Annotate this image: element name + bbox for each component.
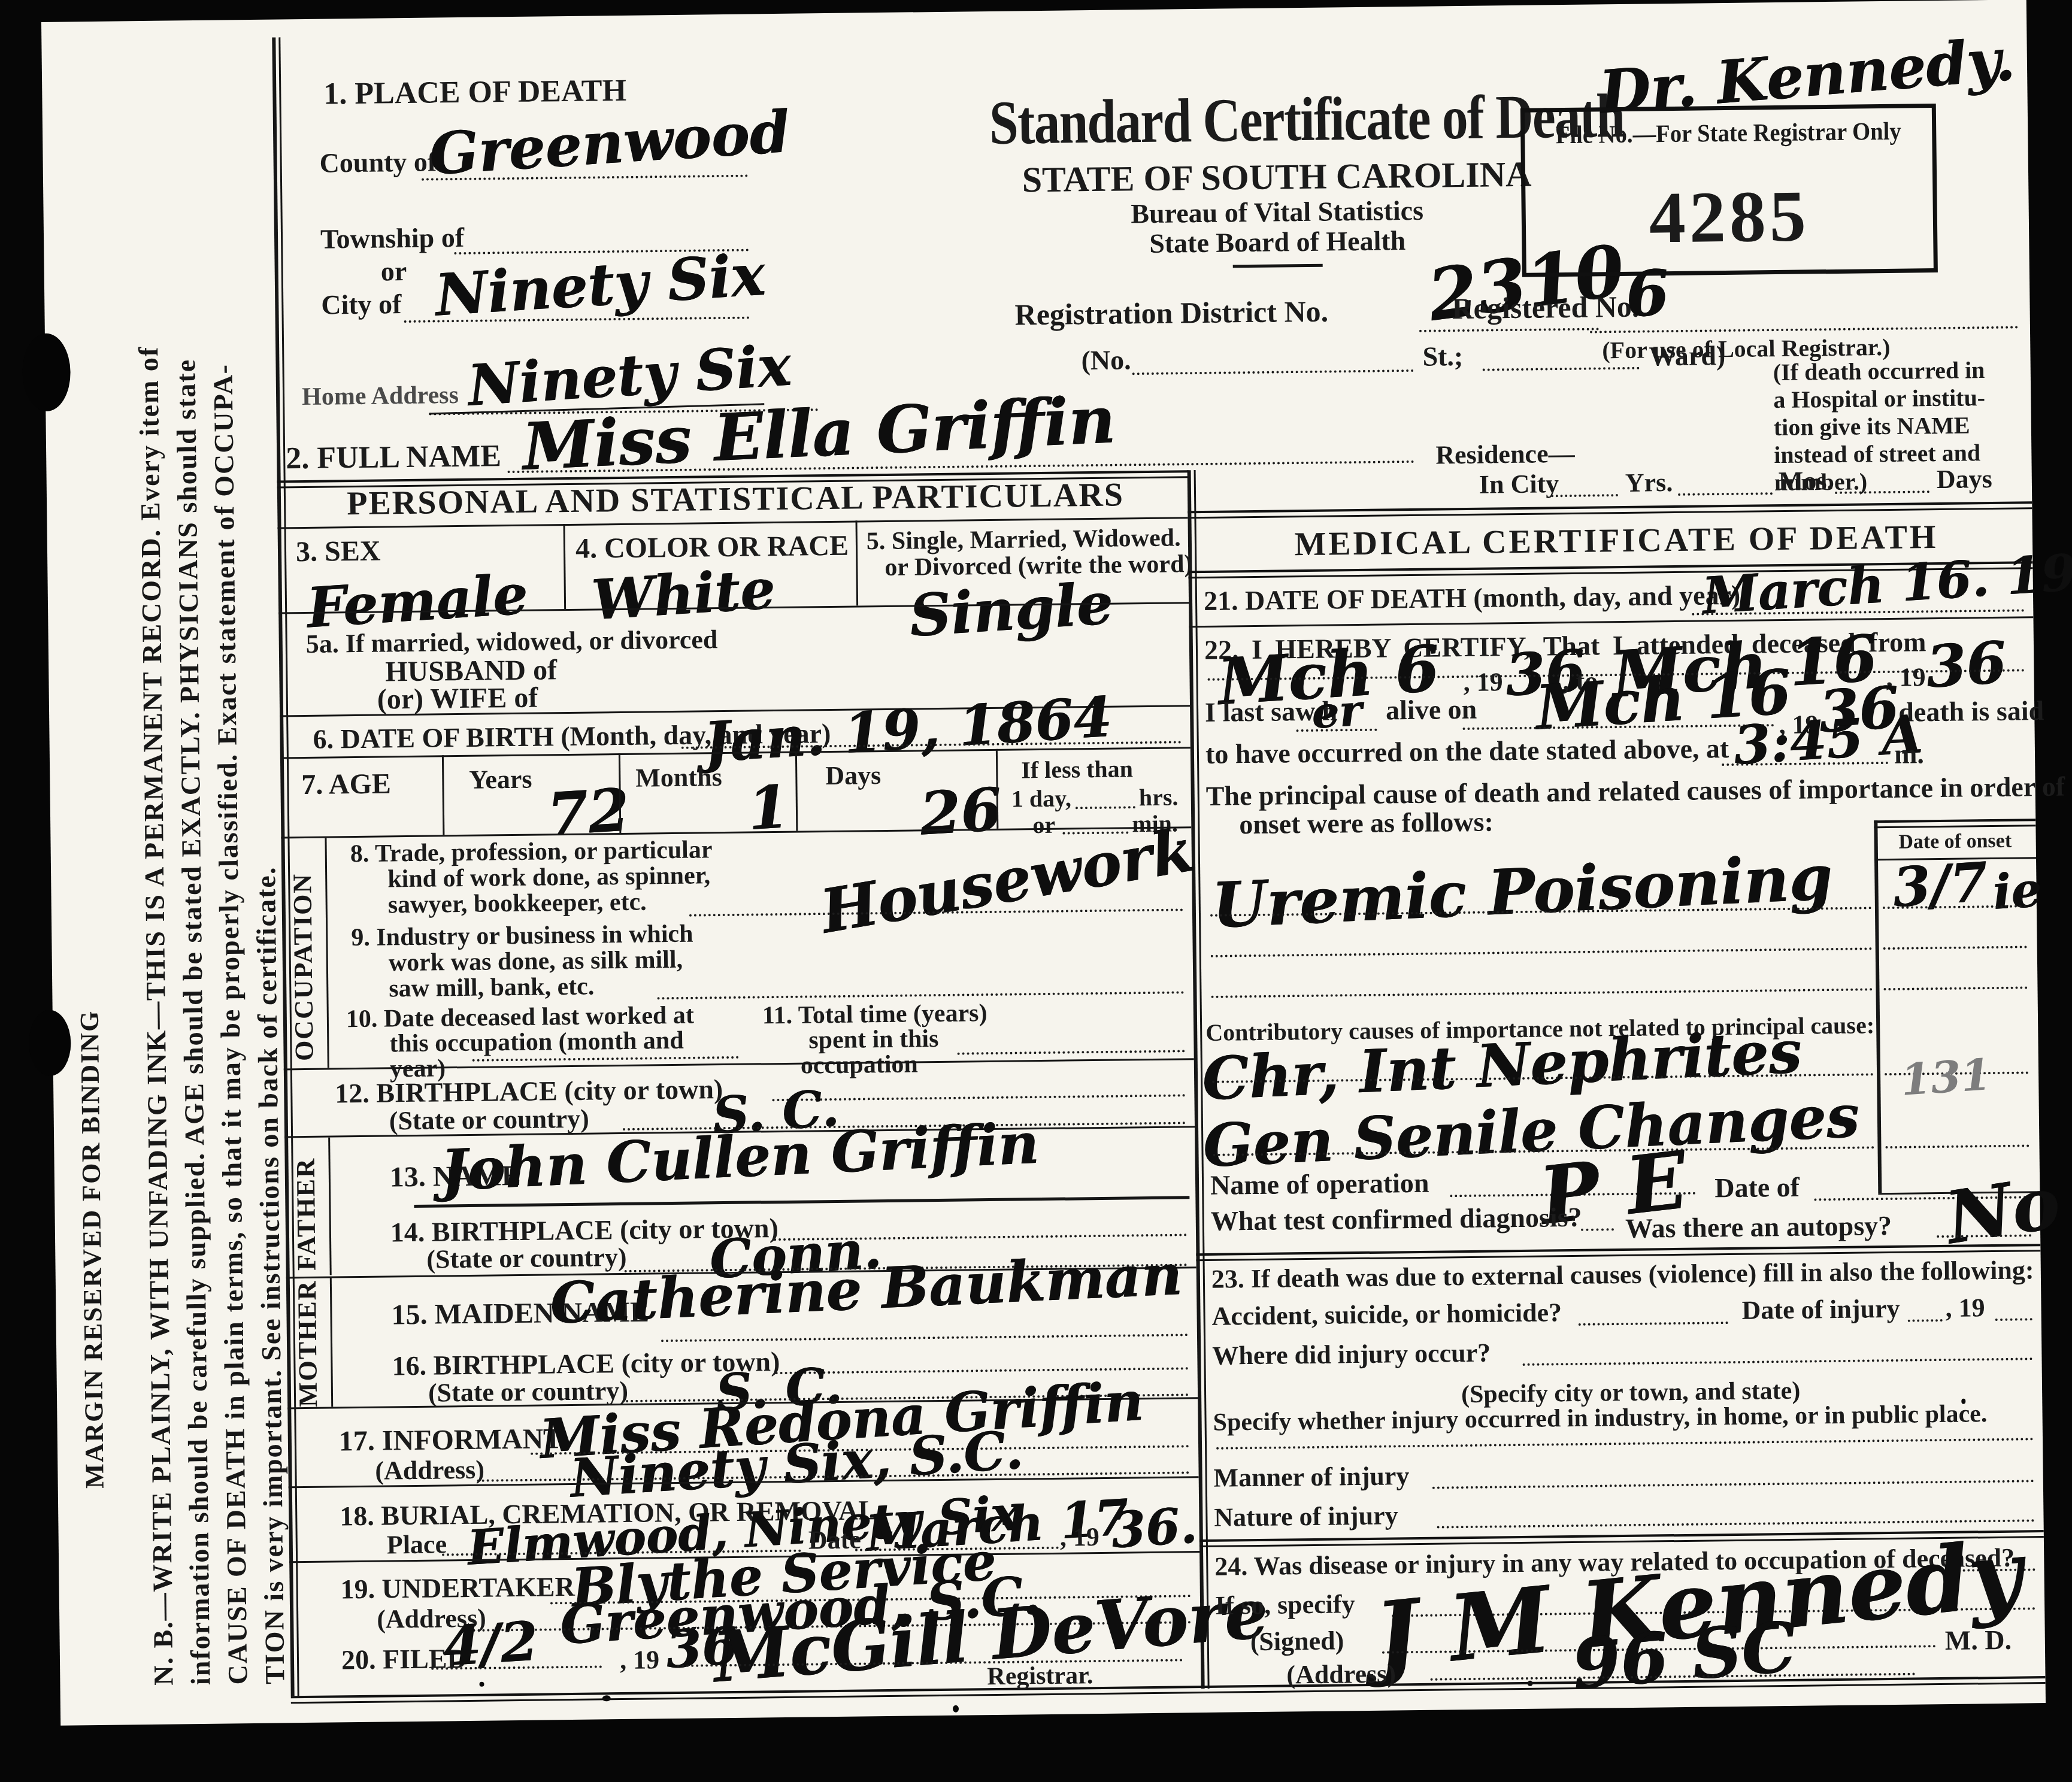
item21-label: 21. DATE OF DEATH (month, day, and year) bbox=[1204, 581, 1741, 615]
right-column-top-border bbox=[1188, 501, 2032, 519]
test-line bbox=[1581, 1228, 1614, 1231]
hospital-note-3: tion give its NAME bbox=[1774, 413, 1970, 440]
certificate-title: Standard Certificate of Death bbox=[989, 86, 1564, 154]
age-months-label: Months bbox=[635, 764, 722, 792]
no-line bbox=[1132, 369, 1414, 375]
city-value: Ninety Six bbox=[434, 246, 767, 325]
occupation-vertical-label: OCCUPATION bbox=[289, 848, 318, 1061]
autopsy-value: No bbox=[1941, 1166, 2065, 1254]
residence-label: Residence— bbox=[1435, 441, 1575, 469]
occupation-rule bbox=[325, 838, 329, 1068]
margin-nb-line1: N. B.—WRITE PLAINLY, WITH UNFADING INK—T… bbox=[132, 75, 178, 1686]
item18-place-label: Place bbox=[387, 1531, 447, 1558]
registered-no-value: 6 bbox=[1623, 261, 1671, 326]
sig-address-value: 96 SC bbox=[1570, 1613, 1799, 1699]
cause-line-2 bbox=[1211, 947, 1873, 957]
certificate-paper: MARGIN RESERVED FOR BINDING N. B.—WRITE … bbox=[41, 0, 2046, 1726]
sex-value: Female bbox=[305, 566, 529, 635]
or-label: or bbox=[380, 257, 407, 285]
file-number-value: 4285 bbox=[1525, 178, 1933, 256]
item18-year-value: 36. bbox=[1110, 1501, 1198, 1556]
item10-line bbox=[472, 1056, 739, 1062]
specify-whether-label: Specify whether injury occurred in indus… bbox=[1213, 1401, 1987, 1435]
father-vertical-label: FATHER bbox=[292, 1145, 320, 1271]
county-label: County of bbox=[319, 148, 437, 177]
cause-code-value: 131 bbox=[1900, 1053, 1992, 1101]
state-line: STATE OF SOUTH CAROLINA bbox=[935, 155, 1619, 199]
item5a-line3: (or) WIFE of bbox=[377, 684, 538, 714]
item23-label: 23. If death was due to external causes … bbox=[1211, 1257, 2034, 1293]
cause-value: Uremic Poisoning bbox=[1211, 846, 1834, 937]
item11-line2: spent in this bbox=[808, 1026, 939, 1053]
item20-19-label: , 19 bbox=[620, 1647, 659, 1674]
age-divider-1 bbox=[442, 755, 445, 835]
sig-address-label: (Address) bbox=[1286, 1660, 1396, 1688]
mother-vertical-label: MOTHER bbox=[294, 1281, 322, 1407]
st-label: St.; bbox=[1422, 343, 1463, 371]
binding-punch bbox=[29, 1010, 71, 1076]
accident-label: Accident, suicide, or homicide? bbox=[1211, 1299, 1562, 1330]
item12-label: 12. BIRTHPLACE (city or town) bbox=[335, 1075, 723, 1107]
age-hrs-line bbox=[1076, 806, 1135, 809]
item15-value: Catherine Baukman bbox=[549, 1247, 1183, 1332]
item8-value: Housework bbox=[816, 820, 1197, 942]
file-number-box: File No.—For State Registrar Only 4285 bbox=[1520, 104, 1938, 277]
signed-label: (Signed) bbox=[1250, 1628, 1344, 1655]
full-name-label: 2. FULL NAME bbox=[286, 441, 501, 474]
onset-line-2 bbox=[1883, 945, 2027, 950]
operation-label: Name of operation bbox=[1210, 1169, 1429, 1199]
no-label: (No. bbox=[1081, 346, 1131, 374]
age-months-value: 1 bbox=[746, 778, 790, 839]
item22-to-year: 36 bbox=[1924, 634, 2007, 696]
item21-bottom-rule bbox=[1189, 616, 2034, 628]
item8-line2: kind of work done, as spinner, bbox=[387, 863, 710, 892]
autopsy-label: Was there an autopsy? bbox=[1625, 1212, 1892, 1242]
in-city-label: In City bbox=[1479, 471, 1559, 498]
age-or-label: or bbox=[1032, 813, 1055, 837]
nature-label: Nature of injury bbox=[1214, 1502, 1398, 1531]
specify-line bbox=[1216, 1438, 2034, 1449]
item17-label: 17. INFORMANT bbox=[339, 1425, 563, 1456]
occurred-label: to have occurred on the date stated abov… bbox=[1205, 735, 1729, 768]
cause-line-3 bbox=[1211, 988, 1873, 998]
hospital-note-1: (If death occurred in bbox=[1773, 358, 1985, 384]
onset-line-3 bbox=[1883, 986, 2027, 990]
principal-label-1: The principal cause of death and related… bbox=[1206, 773, 2065, 810]
where-line bbox=[1523, 1357, 2033, 1366]
father-rule bbox=[328, 1138, 332, 1275]
item11-line bbox=[958, 1050, 1185, 1054]
personal-section-title: PERSONAL AND STATISTICAL PARTICULARS bbox=[286, 477, 1185, 521]
race-value: White bbox=[590, 561, 776, 628]
time-m-label: m. bbox=[1894, 740, 1924, 768]
row345-divider-2 bbox=[856, 520, 859, 605]
manner-line bbox=[1432, 1480, 2034, 1489]
lastsaw-er-value: er bbox=[1310, 689, 1363, 735]
file-box-label: File No.—For State Registrar Only bbox=[1541, 119, 1916, 148]
lastsaw-line1 bbox=[1296, 729, 1377, 732]
lastsaw-post-label: alive on bbox=[1386, 696, 1477, 725]
onset-box-top bbox=[1874, 819, 2035, 828]
item17-address-label: (Address) bbox=[375, 1457, 484, 1484]
onset-extra: ie bbox=[1991, 865, 2043, 916]
item15-line bbox=[661, 1334, 1188, 1342]
yrs-label: Yrs. bbox=[1625, 469, 1673, 496]
item5a-line1: 5a. If married, widowed, or divorced bbox=[306, 626, 718, 657]
mother-rule bbox=[330, 1278, 333, 1407]
item8-line3: sawyer, bookkeeper, etc. bbox=[387, 890, 646, 918]
manner-label: Manner of injury bbox=[1213, 1463, 1409, 1492]
md-label: M. D. bbox=[1945, 1626, 2012, 1654]
age-less-label-2: 1 day, bbox=[1011, 786, 1071, 811]
city-label: City of bbox=[321, 290, 402, 319]
ifso-label: If so, specify bbox=[1215, 1591, 1355, 1619]
item9-line3: saw mill, bank, etc. bbox=[389, 974, 594, 1002]
item12-sub: (State or country) bbox=[389, 1106, 589, 1135]
mos-line bbox=[1835, 490, 1929, 494]
hospital-note-2: a Hospital or institu- bbox=[1773, 386, 1985, 412]
in-city-line bbox=[1551, 494, 1618, 497]
onset-header: Date of onset bbox=[1880, 831, 2030, 853]
ink-speck bbox=[479, 1682, 484, 1687]
item9-line bbox=[658, 991, 1185, 999]
place-of-death-heading: 1. PLACE OF DEATH bbox=[323, 75, 626, 110]
injury-date-line bbox=[1908, 1319, 1943, 1322]
hospital-note-4: instead of street and bbox=[1774, 441, 1980, 467]
county-value: Greenwood bbox=[428, 103, 791, 183]
mos-label: Mos. bbox=[1779, 468, 1834, 495]
age-label: 7. AGE bbox=[301, 769, 391, 799]
marital-label-1: 5. Single, Married, Widowed. bbox=[867, 525, 1181, 554]
item19-label: 19. UNDERTAKER bbox=[340, 1573, 575, 1603]
item11-line1: 11. Total time (years) bbox=[762, 1001, 987, 1028]
race-label: 4. COLOR OR RACE bbox=[575, 532, 849, 563]
where-label: Where did injury occur? bbox=[1212, 1340, 1491, 1369]
age-years-label: Years bbox=[469, 766, 532, 793]
item20-date-value: 4/2 bbox=[441, 1614, 540, 1674]
item10-line2: this occupation (month and bbox=[389, 1028, 684, 1057]
item11-line3: occupation bbox=[801, 1051, 918, 1078]
home-address-label: Home Address bbox=[302, 383, 459, 410]
marital-value: Single bbox=[907, 575, 1114, 645]
ink-speck bbox=[953, 1705, 959, 1713]
township-label: Township of bbox=[320, 224, 464, 253]
age-hrs-label: hrs. bbox=[1139, 785, 1179, 810]
injury-year-line bbox=[1995, 1318, 2032, 1321]
registrar-label: Registrar. bbox=[987, 1663, 1093, 1689]
date-of-label: Date of bbox=[1714, 1174, 1800, 1202]
principal-label-2: onset were as follows: bbox=[1239, 808, 1494, 838]
registered-no-label: Registered No. bbox=[1452, 292, 1639, 324]
item22-19a-label: , 19 bbox=[1463, 669, 1502, 696]
bureau-line: Bureau of Vital Statistics bbox=[935, 195, 1618, 230]
age-less-label-1: If less than bbox=[1021, 757, 1133, 782]
onset-line-5 bbox=[1885, 1144, 2029, 1148]
item9-line2: work was done, as silk mill, bbox=[389, 947, 683, 976]
scanned-death-certificate: MARGIN RESERVED FOR BINDING N. B.—WRITE … bbox=[0, 0, 2072, 1782]
registration-district-label: Registration District No. bbox=[1014, 296, 1328, 330]
yrs-line bbox=[1678, 492, 1773, 496]
accident-line bbox=[1579, 1322, 1728, 1326]
test-label: What test confirmed diagnosis? bbox=[1211, 1204, 1582, 1235]
item16-sub: (State or country) bbox=[428, 1378, 628, 1407]
row345-divider-1 bbox=[564, 524, 567, 609]
age-days-value: 26 bbox=[918, 780, 1003, 844]
age-days-label: Days bbox=[825, 762, 881, 789]
injury-19-label: , 19 bbox=[1945, 1295, 1985, 1322]
title-divider bbox=[1233, 264, 1323, 268]
binding-punch bbox=[22, 333, 71, 411]
margin-binding-note: MARGIN RESERVED FOR BINDING bbox=[70, 441, 108, 1489]
days-label: Days bbox=[1937, 466, 1992, 493]
st-line bbox=[1483, 367, 1640, 371]
item18-19-label: , 19 bbox=[1060, 1524, 1099, 1551]
onset-box-left bbox=[1874, 820, 1882, 1193]
sex-label: 3. SEX bbox=[296, 537, 381, 567]
injury-date-label: Date of injury bbox=[1741, 1296, 1900, 1324]
